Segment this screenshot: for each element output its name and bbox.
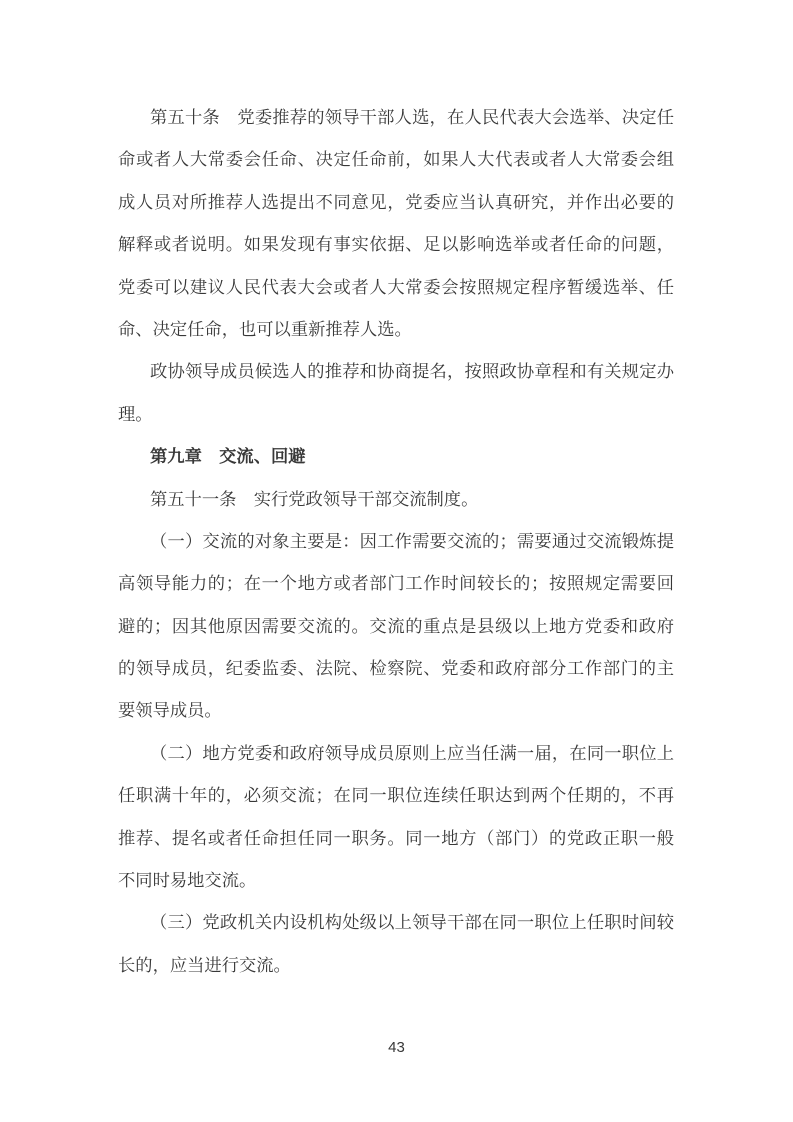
page-number: 43 bbox=[0, 1040, 793, 1055]
text-line: 命或者人大常委会任命、决定任命前，如果人大代表或者人大常委会组 bbox=[118, 138, 674, 180]
paragraph-article-51: 第五十一条 实行党政领导干部交流制度。 bbox=[118, 478, 674, 520]
text-line: 党委可以建议人民代表大会或者人大常委会按照规定程序暂缓选举、任 bbox=[118, 266, 674, 308]
text-line: 要领导成员。 bbox=[118, 689, 674, 731]
paragraph-item-3: （三）党政机关内设机构处级以上领导干部在同一职位上任职时间较 长的，应当进行交流… bbox=[118, 901, 674, 986]
text-line: 命、决定任命，也可以重新推荐人选。 bbox=[118, 308, 674, 350]
text-line: 避的；因其他原因需要交流的。交流的重点是县级以上地方党委和政府 bbox=[118, 605, 674, 647]
paragraph-zhengxie-note: 政协领导成员候选人的推荐和协商提名，按照政协章程和有关规定办 理。 bbox=[118, 350, 674, 435]
paragraph-article-50: 第五十条 党委推荐的领导干部人选，在人民代表大会选举、决定任 命或者人大常委会任… bbox=[118, 96, 674, 350]
paragraph-item-1: （一）交流的对象主要是：因工作需要交流的；需要通过交流锻炼提 高领导能力的；在一… bbox=[118, 520, 674, 732]
text-line: 第五十一条 实行党政领导干部交流制度。 bbox=[118, 478, 674, 520]
text-line: 成人员对所推荐人选提出不同意见，党委应当认真研究，并作出必要的 bbox=[118, 181, 674, 223]
chapter-9-heading: 第九章 交流、回避 bbox=[118, 435, 674, 477]
document-page: 第五十条 党委推荐的领导干部人选，在人民代表大会选举、决定任 命或者人大常委会任… bbox=[0, 0, 793, 1122]
text-line: （三）党政机关内设机构处级以上领导干部在同一职位上任职时间较 bbox=[118, 901, 674, 943]
text-line: （二）地方党委和政府领导成员原则上应当任满一届，在同一职位上 bbox=[118, 732, 674, 774]
text-line: 高领导能力的；在一个地方或者部门工作时间较长的；按照规定需要回 bbox=[118, 562, 674, 604]
text-line: （一）交流的对象主要是：因工作需要交流的；需要通过交流锻炼提 bbox=[118, 520, 674, 562]
page-content: 第五十条 党委推荐的领导干部人选，在人民代表大会选举、决定任 命或者人大常委会任… bbox=[118, 96, 674, 986]
text-line: 理。 bbox=[118, 393, 674, 435]
text-line: 长的，应当进行交流。 bbox=[118, 944, 674, 986]
paragraph-item-2: （二）地方党委和政府领导成员原则上应当任满一届，在同一职位上 任职满十年的，必须… bbox=[118, 732, 674, 902]
text-line: 不同时易地交流。 bbox=[118, 859, 674, 901]
text-line: 政协领导成员候选人的推荐和协商提名，按照政协章程和有关规定办 bbox=[118, 350, 674, 392]
chapter-heading-text: 第九章 交流、回避 bbox=[118, 435, 674, 477]
text-line: 解释或者说明。如果发现有事实依据、足以影响选举或者任命的问题， bbox=[118, 223, 674, 265]
text-line: 推荐、提名或者任命担任同一职务。同一地方（部门）的党政正职一般 bbox=[118, 817, 674, 859]
text-line: 第五十条 党委推荐的领导干部人选，在人民代表大会选举、决定任 bbox=[118, 96, 674, 138]
text-line: 的领导成员，纪委监委、法院、检察院、党委和政府部分工作部门的主 bbox=[118, 647, 674, 689]
text-line: 任职满十年的，必须交流；在同一职位连续任职达到两个任期的，不再 bbox=[118, 774, 674, 816]
